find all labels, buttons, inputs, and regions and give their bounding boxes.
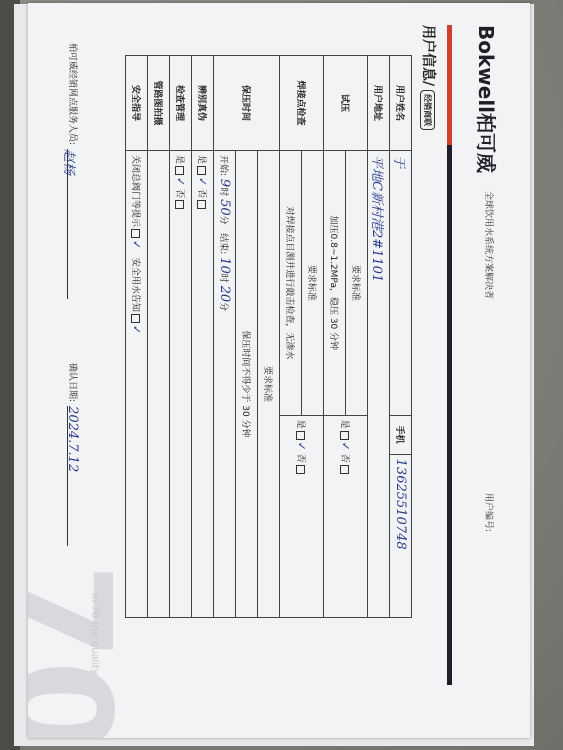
rep-signature: 赵杨 — [67, 149, 80, 299]
weld-req: 对焊接点目测并进行敲击检查，无渗水 — [280, 151, 302, 416]
form-sheet: 70 in 70 the quality Bokwell柏可威 全球饮用水系统方… — [28, 3, 530, 738]
no-label: 否 — [339, 454, 349, 463]
name-value: 于 — [390, 151, 412, 416]
table-row: 用户地址 平地C新村港2#1101 — [368, 56, 390, 618]
start-minute: 50 — [217, 199, 232, 216]
hold-times: 开始: 9时 50分 结束: 10时 20分 — [214, 151, 236, 618]
photo-label: 管路图拍摄 — [148, 56, 170, 151]
mgmt-result: 是✓ 否 — [170, 151, 192, 618]
hour-unit: 时 — [218, 187, 228, 196]
table-row: 焊接点检查 要求标准 是✓ 否 — [302, 56, 324, 618]
date-value: 2024.7.12 — [67, 406, 80, 546]
end-label: 结束: — [218, 233, 228, 254]
check-mark: ✓ — [174, 177, 187, 186]
valve-checkbox[interactable] — [131, 229, 140, 238]
date-label: 确认日期: — [67, 363, 77, 402]
table-row: 保压时间 要求标准 — [258, 56, 280, 618]
watermark-70: 70 — [28, 563, 140, 738]
minute-unit: 分 — [218, 302, 228, 311]
phone-value: 13625510748 — [390, 454, 412, 617]
end-minute: 20 — [217, 286, 232, 303]
no-checkbox[interactable] — [197, 200, 206, 209]
table-row: 辨别真伪 是✓ 否 — [192, 56, 214, 618]
table-row: 试压 要求标准 是✓ 否 — [346, 56, 368, 618]
safety-item-valve: 关闭总阀门等提示 — [130, 155, 140, 227]
check-mark: ✓ — [339, 442, 352, 451]
name-label: 用户姓名 — [390, 56, 412, 151]
weld-label: 焊接点检查 — [280, 56, 324, 151]
safety-items: 关闭总阀门等提示✓ 安全用水告知✓ — [126, 151, 148, 618]
yes-checkbox[interactable] — [175, 166, 184, 175]
brand-bar — [447, 25, 452, 685]
phone-label: 手机 — [390, 415, 412, 454]
table-row: 安全指导 关闭总阀门等提示✓ 安全用水告知✓ — [126, 56, 148, 618]
check-mark: ✓ — [130, 240, 143, 249]
brand-logo: Bokwell柏可威 — [473, 25, 502, 173]
start-hour: 9 — [217, 179, 232, 187]
yes-label: 是 — [174, 155, 184, 164]
check-mark: ✓ — [196, 177, 209, 186]
end-hour: 10 — [217, 257, 232, 274]
user-number-label: 用户编号: — [483, 493, 496, 532]
hold-req-label: 要求标准 — [258, 151, 280, 618]
pressure-label: 试压 — [324, 56, 368, 151]
table-row: 检查管理 是✓ 否 — [170, 56, 192, 618]
brand-bar-accent — [447, 25, 452, 145]
inspection-table: 用户姓名 于 手机 13625510748 用户地址 平地C新村港2#1101 … — [125, 55, 412, 618]
no-label: 否 — [295, 454, 305, 463]
yes-label: 是 — [295, 420, 305, 429]
brand-slogan: 全球饮用水系统方案解决者 — [483, 191, 496, 299]
minute-unit: 分 — [218, 216, 228, 225]
no-checkbox[interactable] — [340, 465, 349, 474]
no-label: 否 — [174, 189, 184, 198]
start-label: 开始: — [218, 155, 228, 176]
photo-value — [148, 151, 170, 618]
confirm-date: 确认日期:2024.7.12 — [67, 363, 80, 546]
safety-item-water: 安全用水告知 — [130, 258, 140, 312]
auth-label: 辨别真伪 — [192, 56, 214, 151]
weld-req-label: 要求标准 — [302, 151, 324, 416]
service-rep: 柏可威经销网点服务人员:赵杨 — [67, 43, 80, 299]
section-title: 用户信息/经销商联 — [419, 25, 439, 130]
no-checkbox[interactable] — [175, 200, 184, 209]
yes-label: 是 — [339, 420, 349, 429]
no-label: 否 — [196, 189, 206, 198]
water-checkbox[interactable] — [131, 314, 140, 323]
section-title-text: 用户信息/ — [420, 25, 436, 86]
address-value: 平地C新村港2#1101 — [368, 151, 390, 618]
check-mark: ✓ — [130, 325, 143, 334]
hold-label: 保压时间 — [214, 56, 280, 151]
pressure-req-label: 要求标准 — [346, 151, 368, 416]
yes-checkbox[interactable] — [340, 431, 349, 440]
table-row: 管路图拍摄 — [148, 56, 170, 618]
table-row: 用户姓名 于 手机 13625510748 — [390, 56, 412, 618]
auth-result: 是✓ 否 — [192, 151, 214, 618]
yes-label: 是 — [196, 155, 206, 164]
no-checkbox[interactable] — [296, 465, 305, 474]
mgmt-label: 检查管理 — [170, 56, 192, 151]
pressure-result: 是✓ 否 — [324, 415, 368, 617]
pressure-req: 加压0.8~1.2MPa，稳压 30 分钟 — [324, 151, 346, 416]
weld-result: 是✓ 否 — [280, 415, 324, 617]
yes-checkbox[interactable] — [197, 166, 206, 175]
watermark-text: in 70 the quality — [89, 593, 100, 675]
copy-tag: 经销商联 — [421, 90, 436, 130]
yes-checkbox[interactable] — [296, 431, 305, 440]
address-label: 用户地址 — [368, 56, 390, 151]
hold-req: 保压时间不得少于 30 分钟 — [236, 151, 258, 618]
form-paper: 70 in 70 the quality Bokwell柏可威 全球饮用水系统方… — [28, 3, 530, 738]
hour-unit: 时 — [218, 274, 228, 283]
check-mark: ✓ — [295, 442, 308, 451]
safety-label: 安全指导 — [126, 56, 148, 151]
rep-label: 柏可威经销网点服务人员: — [67, 43, 77, 145]
